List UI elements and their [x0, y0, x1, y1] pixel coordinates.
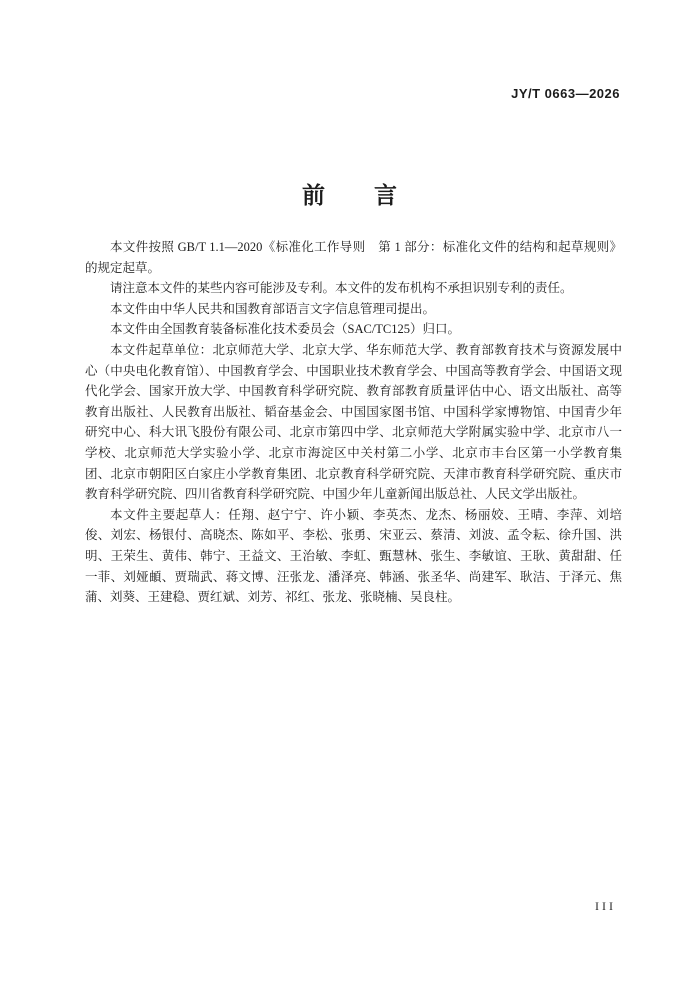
foreword-paragraph-centralized-by: 本文件由全国教育装备标准化技术委员会（SAC/TC125）归口。: [85, 319, 622, 340]
foreword-paragraph-drafting-organizations: 本文件起草单位：北京师范大学、北京大学、华东师范大学、教育部教育技术与资源发展中…: [85, 340, 622, 505]
foreword-paragraph-patent-notice: 请注意本文件的某些内容可能涉及专利。本文件的发布机构不承担识别专利的责任。: [85, 278, 622, 299]
foreword-paragraph-proposed-by: 本文件由中华人民共和国教育部语言文字信息管理司提出。: [85, 299, 622, 320]
page-number: III: [595, 899, 616, 914]
foreword-title: 前 言: [0, 177, 700, 210]
standard-code-header: JY/T 0663—2026: [511, 86, 620, 101]
foreword-paragraph-drafting-basis: 本文件按照 GB/T 1.1—2020《标准化工作导则 第 1 部分：标准化文件…: [85, 237, 622, 278]
standard-document-page: JY/T 0663—2026 前 言 本文件按照 GB/T 1.1—2020《标…: [0, 0, 700, 990]
foreword-body: 本文件按照 GB/T 1.1—2020《标准化工作导则 第 1 部分：标准化文件…: [85, 237, 622, 608]
foreword-paragraph-main-drafters: 本文件主要起草人：任翔、赵宁宁、许小颖、李英杰、龙杰、杨丽姣、王晴、李萍、刘培俊…: [85, 505, 622, 608]
